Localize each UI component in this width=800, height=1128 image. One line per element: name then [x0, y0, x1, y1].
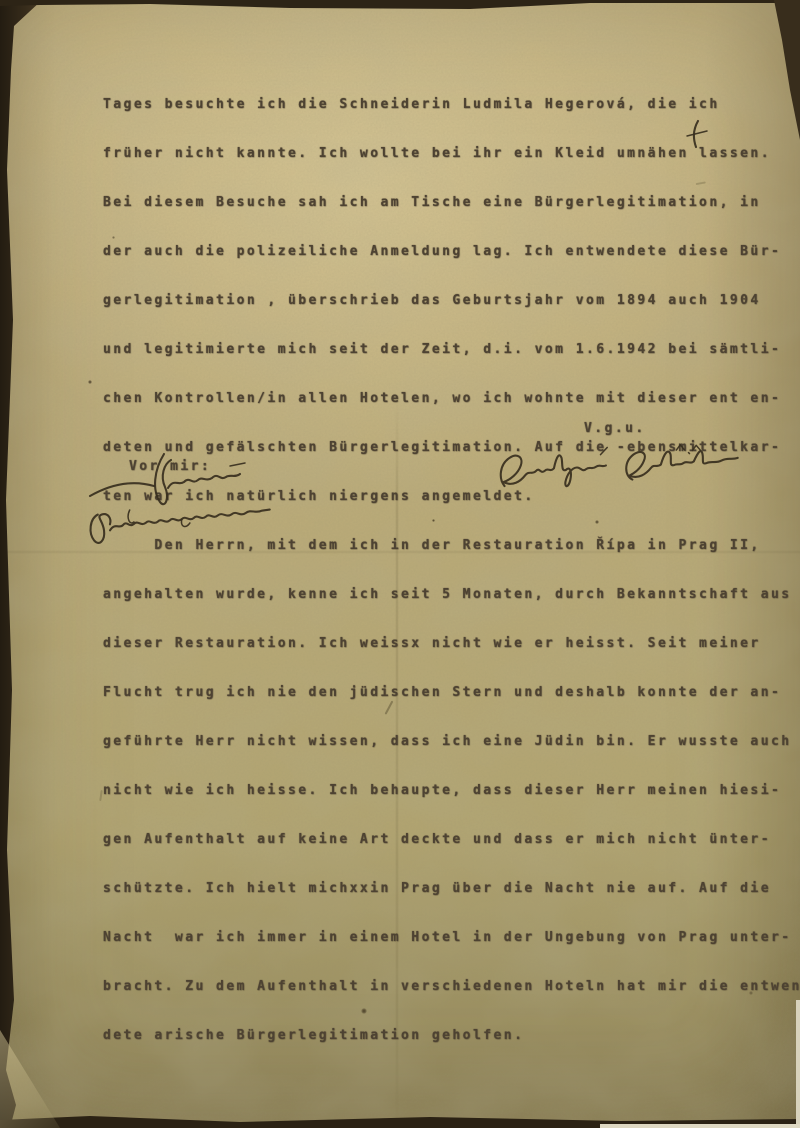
typed-line: Bei diesem Besuche sah ich am Tische ein… [103, 195, 800, 211]
typed-text-block: Tages besuchte ich die Schneiderin Ludmi… [103, 64, 800, 1077]
scanned-document-page: Tages besuchte ich die Schneiderin Ludmi… [0, 0, 800, 1128]
typed-line: Flucht trug ich nie den jüdischen Stern … [103, 685, 800, 701]
typed-line: nicht wie ich heisse. Ich behaupte, dass… [103, 783, 800, 799]
typed-line: schützte. Ich hielt michxxin Prag über d… [103, 881, 800, 897]
typed-line: angehalten wurde, kenne ich seit 5 Monat… [103, 587, 800, 603]
paper-scratch [99, 790, 102, 801]
typed-line: dete arische Bürgerlegitimation geholfen… [103, 1028, 800, 1044]
ink-speck [432, 519, 435, 522]
scan-edge-bottom [0, 1112, 800, 1128]
typed-line: Nacht war ich immer in einem Hotel in de… [103, 930, 800, 946]
paper-scratch [0, 160, 4, 167]
ink-speck [112, 236, 115, 239]
typed-line: gen Aufenthalt auf keine Art deckte und … [103, 832, 800, 848]
typed-line: dieser Restauration. Ich weissx nicht wi… [103, 636, 800, 652]
typed-line: der auch die polizeiliche Anmeldung lag.… [103, 244, 800, 260]
scan-edge-top [0, 0, 800, 10]
typed-line: chen Kontrollen/in allen Hotelen, wo ich… [103, 391, 800, 407]
witness-label: Vor mir: [129, 459, 211, 474]
typed-line: früher nicht kannte. Ich wollte bei ihr … [103, 146, 800, 162]
typed-line: gerlegitimation , überschrieb das Geburt… [103, 293, 800, 309]
typed-line: Tages besuchte ich die Schneiderin Ludmi… [103, 97, 800, 113]
typed-line: Den Herrn, mit dem ich in der Restaurati… [103, 538, 800, 554]
typed-line: geführte Herr nicht wissen, dass ich ein… [103, 734, 800, 750]
typed-line: ten war ich natürlich niergens angemelde… [103, 489, 800, 505]
ink-speck [88, 380, 92, 384]
typed-line: deten und gefälschten Bürgerlegitimation… [103, 440, 800, 456]
paper-fold-bottom-left [0, 1030, 60, 1128]
ink-speck [595, 520, 599, 524]
ink-speck [361, 1008, 367, 1014]
closing-abbreviation: V.g.u. [584, 421, 646, 436]
scan-sliver-bottom-right [600, 1124, 800, 1128]
scan-edge-left [0, 0, 46, 1128]
typed-line: und legitimierte mich seit der Zeit, d.i… [103, 342, 800, 358]
ink-speck [749, 991, 753, 995]
typed-line: bracht. Zu dem Aufenthalt in verschieden… [103, 979, 800, 995]
